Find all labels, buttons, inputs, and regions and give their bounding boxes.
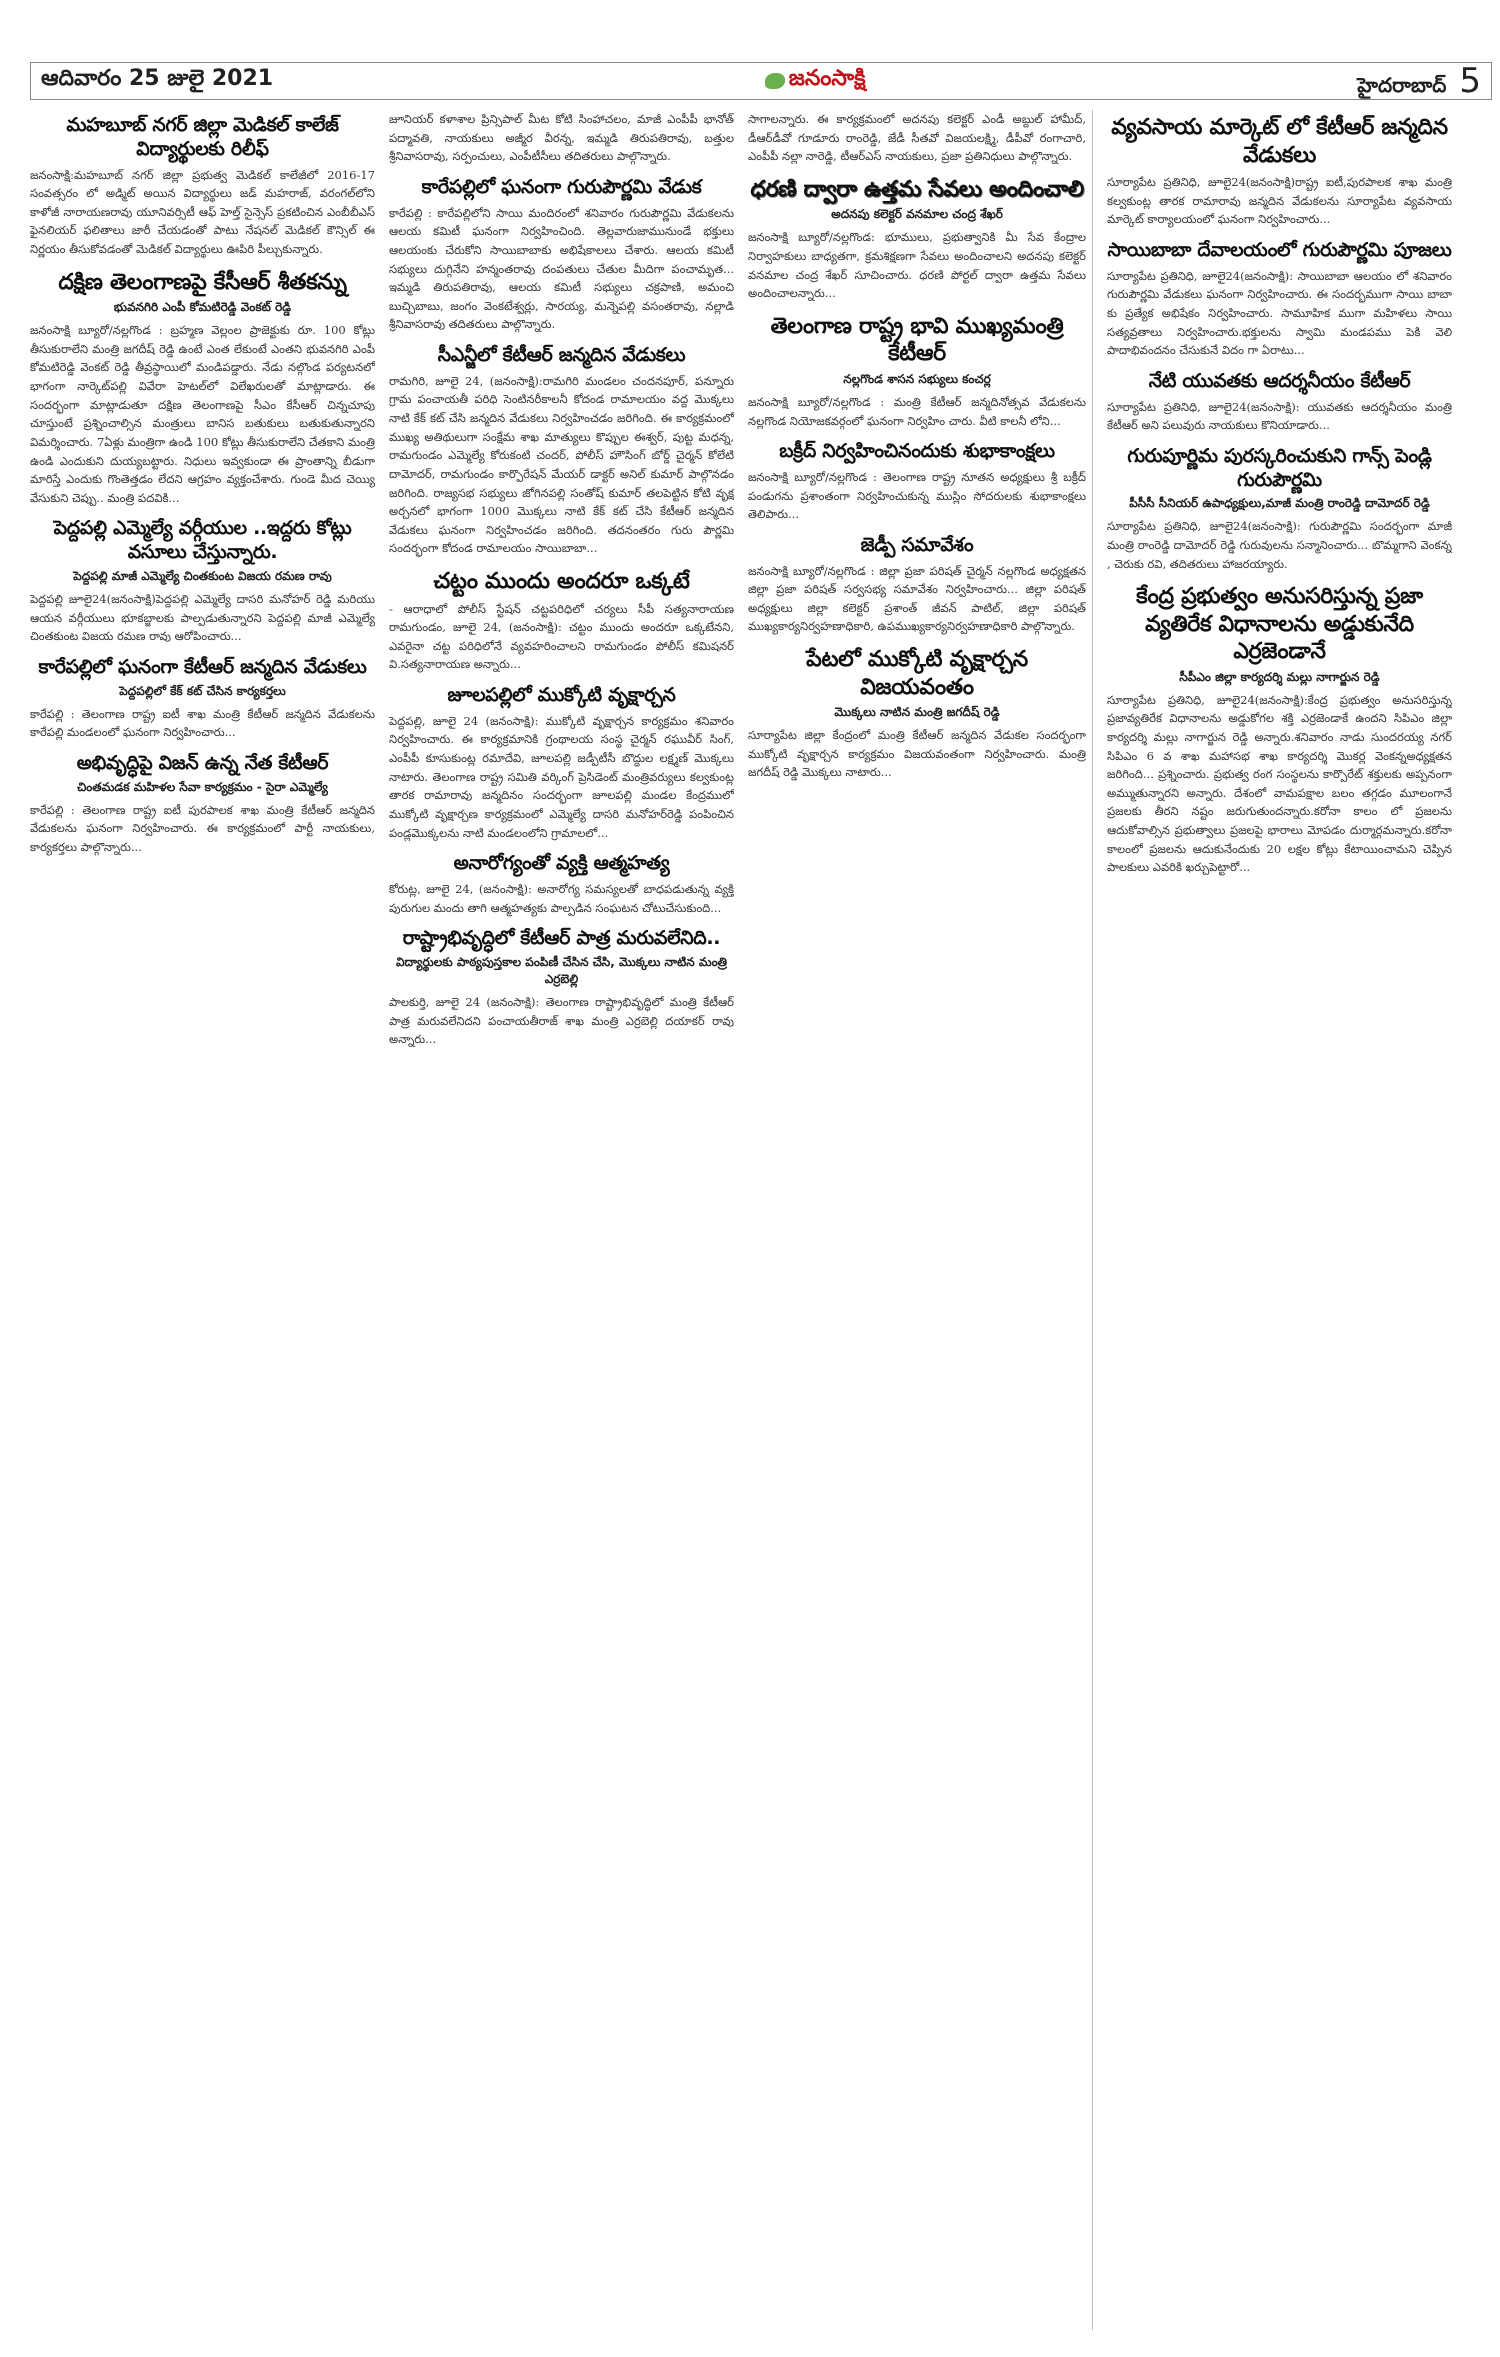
headline: జూలపల్లిలో ముక్కోటి వృక్షార్చన [389, 684, 734, 708]
byline: చింతమడక మహిళల సేవా కార్యక్రమం - సైరా ఎమ్… [30, 780, 375, 797]
byline: విద్యార్థులకు పాఠ్యపుస్తకాల పంపిణీ చేసిన… [389, 955, 734, 989]
story-body: జనంసాక్షి బ్యూరో/నల్లగొండ: భూములు, ప్రభు… [748, 228, 1086, 303]
newspaper-logo: జనంసాక్షి [765, 66, 866, 96]
story-body: కారేపల్లి : తెలంగాణ రాష్ట్ర ఐటీ పురపాలక … [30, 801, 375, 857]
story: సాగాలన్నారు. ఈ కార్యక్రమంలో అదనపు కలెక్ట… [748, 110, 1086, 166]
story-body: కారేపల్లి : తెలంగాణ రాష్ట్ర ఐటీ శాఖ మంత్… [30, 705, 375, 742]
headline: అనారోగ్యంతో వ్యక్తి ఆత్మహత్య [389, 852, 734, 876]
headline: ధరణి ద్వారా ఉత్తమ సేవలు అందించాలి [748, 176, 1086, 204]
byline: నల్లగొండ శాసన సభ్యులు కంచర్ల [748, 372, 1086, 389]
column-2: జూనియర్ కళాశాల ప్రిన్సిపాల్ మీట కోటి సిం… [389, 110, 734, 2330]
story: గురుపూర్ణిమ పురస్కరించుకుని గాన్స్ పెండ్… [1107, 445, 1452, 573]
story-body: సూర్యాపేట ప్రతినిధి, జూలై24(జనంసాక్షి)రా… [1107, 173, 1452, 229]
story-body: పెద్దపల్లి, జూలై 24 (జనంసాక్షి): ముక్కోట… [389, 712, 734, 842]
story-body: - ఆరాధాలో పోలీస్ స్టేషన్ చట్టపరిధిలో చర్… [389, 600, 734, 675]
headline: కారేపల్లిలో ఘనంగా కేటీఆర్ జన్మదిన వేడుకల… [30, 656, 375, 680]
story-body: పాలకుర్తి, జూలై 24 (జనంసాక్షి): తెలంగాణ … [389, 993, 734, 1049]
story-body: జనంసాక్షి బ్యూరో/నల్లగొండ : మంత్రి కేటీఆ… [748, 393, 1086, 430]
column-3: సాగాలన్నారు. ఈ కార్యక్రమంలో అదనపు కలెక్ట… [748, 110, 1093, 2330]
story-body: పెద్దపల్లి జూలై24(జనంసాక్షి)పెద్దపల్లి ఎ… [30, 590, 375, 646]
headline: పేటలో ముక్కోటి వృక్షార్చన విజయవంతం [748, 646, 1086, 701]
byline: పెద్దపల్లి మాజీ ఎమ్మెల్యే చింతకుంట విజయ … [30, 569, 375, 586]
story-body: జనంసాక్షి బ్యూరో/నల్లగొండ : జిల్లా ప్రజా… [748, 562, 1086, 637]
story: కేంద్ర ప్రభుత్వం అనుసరిస్తున్న ప్రజా వ్య… [1107, 583, 1452, 877]
story-body: జనంసాక్షి:మహబూబ్ నగర్ జిల్లా ప్రభుత్వ మె… [30, 166, 375, 259]
story: పెద్దపల్లి ఎమ్మెల్యే వర్గీయుల ..ఇద్దరు క… [30, 517, 375, 645]
story-body: జనంసాక్షి బ్యూరో/నల్లగొండ : బ్రహ్మణ వెల్… [30, 321, 375, 507]
story: చట్టం ముందు అందరూ ఒక్కటే - ఆరాధాలో పోలీస… [389, 568, 734, 674]
headline: కారేపల్లిలో ఘనంగా గురుపౌర్ణమి వేడుక [389, 176, 734, 200]
headline: వ్యవసాయ మార్కెట్ లో కేటీఆర్ జన్మదిన వేడు… [1107, 114, 1452, 169]
column-4: వ్యవసాయ మార్కెట్ లో కేటీఆర్ జన్మదిన వేడు… [1107, 110, 1452, 2330]
story: కారేపల్లిలో ఘనంగా కేటీఆర్ జన్మదిన వేడుకల… [30, 656, 375, 742]
story: రాష్ట్రాభివృద్ధిలో కేటీఆర్ పాత్ర మరువలేన… [389, 927, 734, 1049]
edition-city: హైదరాబాద్ 5 [1357, 61, 1481, 102]
byline: మొక్కలు నాటిన మంత్రి జగదీష్ రెడ్డి [748, 705, 1086, 722]
headline: బక్రీద్ నిర్వహించినందుకు శుభాకాంక్షలు [748, 440, 1086, 464]
masthead: ఆదివారం 25 జులై 2021 జనంసాక్షి హైదరాబాద్… [30, 62, 1492, 100]
story: జూలపల్లిలో ముక్కోటి వృక్షార్చన పెద్దపల్ల… [389, 684, 734, 842]
story: బక్రీద్ నిర్వహించినందుకు శుభాకాంక్షలు జన… [748, 440, 1086, 524]
story: వ్యవసాయ మార్కెట్ లో కేటీఆర్ జన్మదిన వేడు… [1107, 114, 1452, 229]
headline: గురుపూర్ణిమ పురస్కరించుకుని గాన్స్ పెండ్… [1107, 445, 1452, 493]
story: కారేపల్లిలో ఘనంగా గురుపౌర్ణమి వేడుక కారే… [389, 176, 734, 334]
headline: అభివృద్ధిపై విజన్ ఉన్న నేత కేటీఆర్ [30, 752, 375, 776]
story-body: సూర్యాపేట ప్రతినిధి, జూలై24(జనంసాక్షి): … [1107, 517, 1452, 573]
story-body: కారేపల్లి : కారేపల్లిలోని సాయి మందిరంలో … [389, 204, 734, 334]
headline: నేటి యువతకు ఆదర్శనీయం కేటీఆర్ [1107, 370, 1452, 394]
story: తెలంగాణ రాష్ట్ర భావి ముఖ్యమంత్రి కేటీఆర్… [748, 313, 1086, 430]
byline: సీపీఎం జిల్లా కార్యదర్శి మల్లు నాగార్జున… [1107, 670, 1452, 687]
logo-text: జనంసాక్షి [789, 66, 866, 96]
story-body: రామగిరి, జూలై 24, (జనంసాక్షి):రామగిరి మం… [389, 372, 734, 558]
story: మహబూబ్ నగర్ జిల్లా మెడికల్ కాలేజ్ విద్యా… [30, 114, 375, 259]
byline: భువనగిరి ఎంపీ కోమటిరెడ్డి వెంకట్ రెడ్డి [30, 300, 375, 317]
story-body: సూర్యాపేట ప్రతినిధి, జూలై24(జనంసాక్షి): … [1107, 398, 1452, 435]
story-body: సూర్యాపేట ప్రతినిధి, జూలై24(జనంసాక్షి):క… [1107, 691, 1452, 877]
story-body: జూనియర్ కళాశాల ప్రిన్సిపాల్ మీట కోటి సిం… [389, 110, 734, 166]
headline: సాయిబాబా దేవాలయంలో గురుపౌర్ణమి పూజలు [1107, 239, 1452, 263]
headline: రాష్ట్రాభివృద్ధిలో కేటీఆర్ పాత్ర మరువలేన… [389, 927, 734, 951]
byline: పీసీసీ సీనియర్ ఉపాధ్యక్షులు,మాజీ మంత్రి … [1107, 496, 1452, 513]
byline: పెద్దపల్లిలో కేక్ కట్ చేసిన కార్యకర్తలు [30, 684, 375, 701]
headline: కేంద్ర ప్రభుత్వం అనుసరిస్తున్న ప్రజా వ్య… [1107, 583, 1452, 666]
story: ధరణి ద్వారా ఉత్తమ సేవలు అందించాలి అదనపు … [748, 176, 1086, 303]
story: నేటి యువతకు ఆదర్శనీయం కేటీఆర్ సూర్యాపేట … [1107, 370, 1452, 435]
story: దక్షిణ తెలంగాణపై కేసీఆర్ శీతకన్ను భువనగి… [30, 269, 375, 508]
story-body: సూర్యాపేట ప్రతినిధి, జూలై24(జనంసాక్షి): … [1107, 267, 1452, 360]
headline: మహబూబ్ నగర్ జిల్లా మెడికల్ కాలేజ్ విద్యా… [30, 114, 375, 162]
headline: దక్షిణ తెలంగాణపై కేసీఆర్ శీతకన్ను [30, 269, 375, 297]
story: పేటలో ముక్కోటి వృక్షార్చన విజయవంతం మొక్క… [748, 646, 1086, 782]
story-body: సూర్యాపేట జిల్లా కేంద్రంలో మంత్రి కేటీఆర… [748, 726, 1086, 782]
headline: పెద్దపల్లి ఎమ్మెల్యే వర్గీయుల ..ఇద్దరు క… [30, 517, 375, 565]
story: జెడ్పీ సమావేశం జనంసాక్షి బ్యూరో/నల్లగొండ… [748, 534, 1086, 636]
issue-date: ఆదివారం 25 జులై 2021 [41, 66, 273, 96]
byline: అదనపు కలెక్టర్ వనమాల చంద్ర శేఖర్ [748, 207, 1086, 224]
story-body: సాగాలన్నారు. ఈ కార్యక్రమంలో అదనపు కలెక్ట… [748, 110, 1086, 166]
story: అనారోగ్యంతో వ్యక్తి ఆత్మహత్య కోరుట్ల, జూ… [389, 852, 734, 917]
story: సాయిబాబా దేవాలయంలో గురుపౌర్ణమి పూజలు సూర… [1107, 239, 1452, 360]
page-number: 5 [1459, 61, 1481, 101]
headline: తెలంగాణ రాష్ట్ర భావి ముఖ్యమంత్రి కేటీఆర్ [748, 313, 1086, 368]
headline: చట్టం ముందు అందరూ ఒక్కటే [389, 568, 734, 596]
story: అభివృద్ధిపై విజన్ ఉన్న నేత కేటీఆర్ చింతమ… [30, 752, 375, 857]
city-name: హైదరాబాద్ [1357, 73, 1446, 97]
headline: జెడ్పీ సమావేశం [748, 534, 1086, 558]
headline: సీఎన్జీలో కేటీఆర్ జన్మదిన వేడుకలు [389, 344, 734, 368]
story: సీఎన్జీలో కేటీఆర్ జన్మదిన వేడుకలు రామగిర… [389, 344, 734, 558]
column-1: మహబూబ్ నగర్ జిల్లా మెడికల్ కాలేజ్ విద్యా… [30, 110, 375, 2330]
news-columns: మహబూబ్ నగర్ జిల్లా మెడికల్ కాలేజ్ విద్యా… [30, 110, 1492, 2330]
story-body: కోరుట్ల, జూలై 24, (జనంసాక్షి): అనారోగ్య … [389, 880, 734, 917]
story-body: జనంసాక్షి బ్యూరో/నల్లగొండ : తెలంగాణ రాష్… [748, 468, 1086, 524]
telangana-map-icon [765, 73, 785, 89]
story: జూనియర్ కళాశాల ప్రిన్సిపాల్ మీట కోటి సిం… [389, 110, 734, 166]
